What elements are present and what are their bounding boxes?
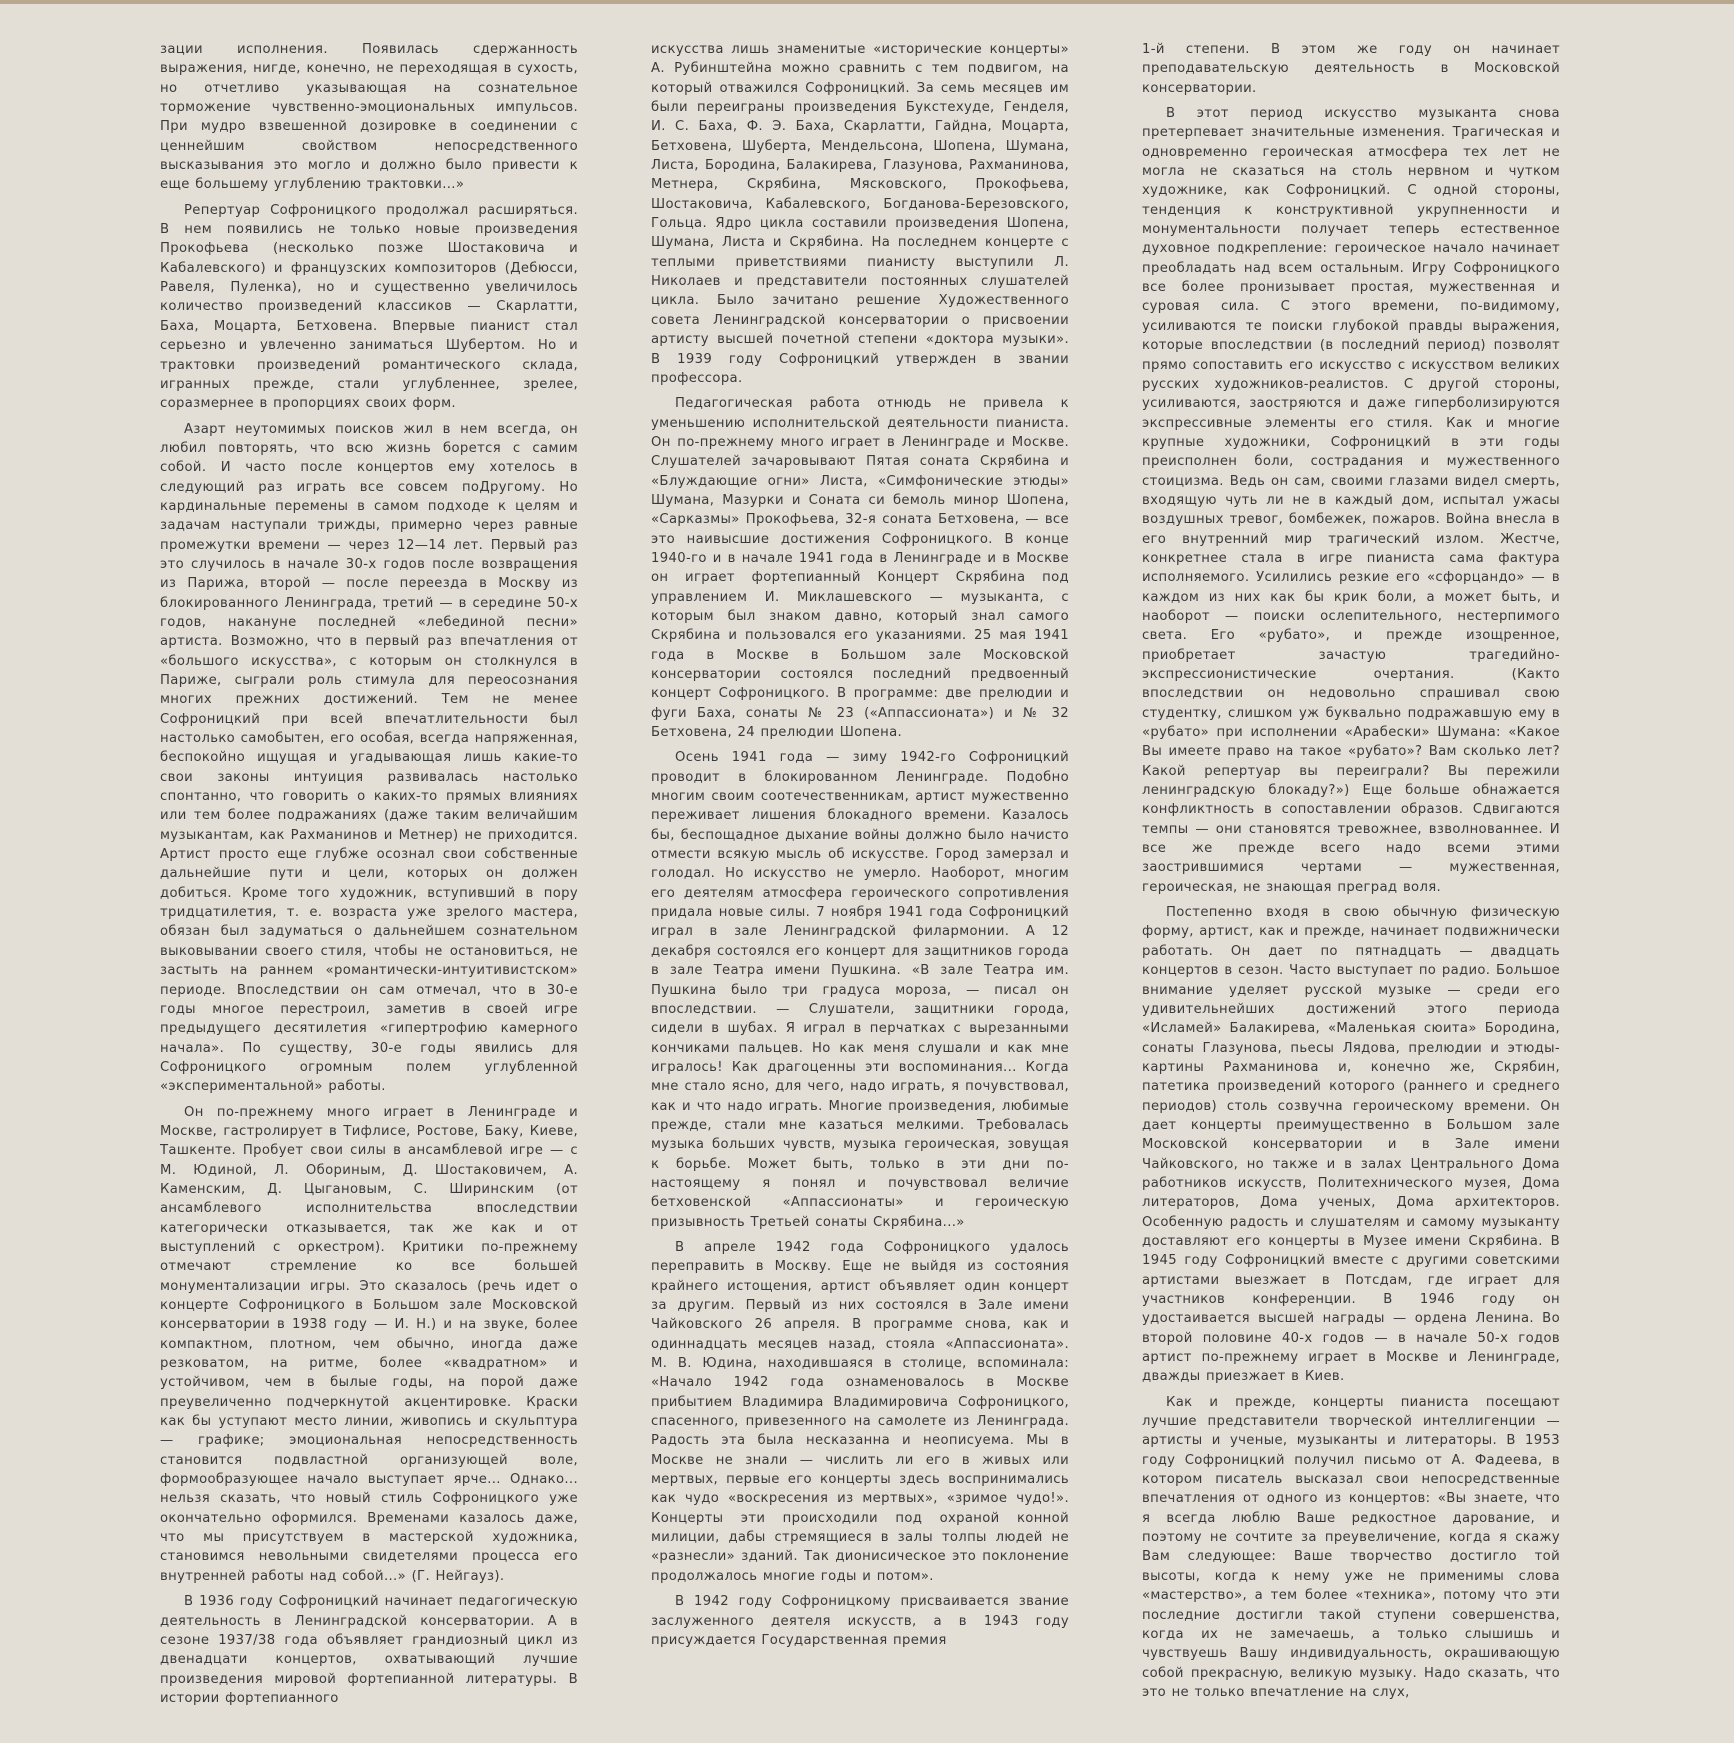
paragraph: Азарт неутомимых поисков жил в нем всегд… <box>160 420 578 1097</box>
text-column-2: искусства лишь знаменитые «исторические … <box>651 40 1069 1720</box>
paragraph: Репертуар Софроницкого продолжал расширя… <box>160 201 578 414</box>
paragraph: В апреле 1942 года Софроницкого удалось … <box>651 1238 1069 1586</box>
paragraph: Педагогическая работа отнюдь не привела … <box>651 394 1069 742</box>
paragraph: искусства лишь знаменитые «исторические … <box>651 40 1069 388</box>
paragraph: зации исполнения. Появилась сдержанность… <box>160 40 578 195</box>
paragraph: Осень 1941 года — зиму 1942-го Софроницк… <box>651 748 1069 1232</box>
paragraph: Постепенно входя в свою обычную физическ… <box>1142 903 1560 1387</box>
paragraph: 1-й степени. В этом же году он начинает … <box>1142 40 1560 98</box>
paragraph: Как и прежде, концерты пианиста посещают… <box>1142 1393 1560 1703</box>
text-column-3: 1-й степени. В этом же году он начинает … <box>1142 40 1560 1720</box>
text-column-1: зации исполнения. Появилась сдержанность… <box>160 40 578 1720</box>
paragraph: В этот период искусство музыканта снова … <box>1142 104 1560 897</box>
paragraph: Он по-прежнему много играет в Ленинграде… <box>160 1103 578 1587</box>
document-page: зации исполнения. Появилась сдержанность… <box>160 40 1560 1720</box>
paragraph: В 1942 году Софроницкому присваивается з… <box>651 1592 1069 1650</box>
page-top-edge <box>0 0 1734 4</box>
paragraph: В 1936 году Софроницкий начинает педагог… <box>160 1592 578 1708</box>
